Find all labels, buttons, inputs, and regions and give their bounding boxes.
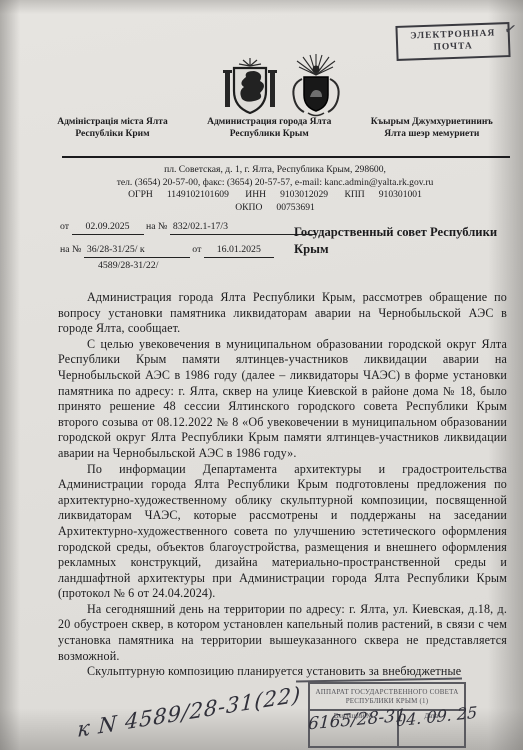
scanned-letter-page: ЭЛЕКТРОННАЯ ПОЧТА ✓ А (0, 0, 523, 750)
recipient: Государственный совет Республики Крым (294, 224, 512, 258)
org-ru-line1: Администрация города Ялта (189, 116, 350, 128)
reg-title-line2: РЕСПУБЛИКИ КРЫМ (1) (310, 697, 464, 706)
okpo-value: 00753691 (276, 202, 314, 213)
outgoing-date: 02.09.2025 (72, 221, 144, 235)
registration-stamp-title: АППАРАТ ГОСУДАРСТВЕННОГО СОВЕТА РЕСПУБЛИ… (310, 684, 464, 706)
okpo-line: ОКПО00753691 (36, 202, 514, 215)
org-name-ukrainian: Адміністрація міста Ялта Республіки Крим (36, 116, 189, 140)
incoming-number: 36/28-31/25/ к (84, 244, 190, 258)
letterhead-org-names: Адміністрація міста Ялта Республіки Крим… (36, 116, 514, 140)
inn-label: ИНН (245, 189, 266, 200)
org-name-russian: Администрация города Ялта Республики Кры… (189, 116, 350, 140)
incoming-number-2: 4589/28-31/22/ (98, 260, 300, 272)
body-paragraph-3: По информации Департамента архитектуры и… (58, 462, 507, 602)
incoming-reference: на № 36/28-31/25/ к от 16.01.2025 (60, 244, 300, 258)
org-ru-line2: Республики Крым (189, 128, 350, 140)
crimea-emblem-icon (222, 57, 278, 115)
body-paragraph-2: С целью увековечения в муниципальном обр… (58, 337, 507, 462)
electronic-mail-stamp: ЭЛЕКТРОННАЯ ПОЧТА (395, 22, 510, 61)
handwritten-case-number: к N 4589/28-31(22) (77, 682, 302, 742)
org-name-crimean-tatar: Къырым Джумхуриетининъ Ялта шеэр мемурие… (350, 116, 514, 140)
reply-from-label: от (192, 244, 201, 255)
address-line2: тел. (3654) 20-57-00, факс: (3654) 20-57… (36, 177, 514, 190)
org-uk-line2: Республіки Крим (36, 128, 189, 140)
incoming-date: 16.01.2025 (204, 244, 274, 258)
yalta-emblem-icon (286, 53, 346, 117)
ogrn-label: ОГРН (128, 189, 153, 200)
outgoing-reference: от 02.09.2025 на № 832/02.1-17/3 (60, 221, 300, 235)
okpo-label: ОКПО (235, 202, 262, 213)
from-label: от (60, 221, 69, 232)
letterhead-divider (62, 156, 510, 158)
reference-block: от 02.09.2025 на № 832/02.1-17/3 на № 36… (60, 221, 300, 272)
reg-title-line1: АППАРАТ ГОСУДАРСТВЕННОГО СОВЕТА (310, 688, 464, 697)
inn-value: 9103012029 (280, 189, 328, 200)
kpp-value: 910301001 (379, 189, 422, 200)
org-uk-line1: Адміністрація міста Ялта (36, 116, 189, 128)
body-paragraph-1: Администрация города Ялта Республики Кры… (58, 290, 507, 337)
body-paragraph-4: На сегодняшний день на территории по адр… (58, 602, 507, 664)
org-crh-line2: Ялта шеэр мемуриети (350, 128, 514, 140)
checkmark-icon: ✓ (502, 19, 518, 40)
org-crh-line1: Къырым Джумхуриетининъ (350, 116, 514, 128)
letterhead-address-block: пл. Советская, д. 1, г. Ялта, Республика… (36, 164, 514, 214)
ogrn-value: 1149102101609 (167, 189, 229, 200)
kpp-label: КПП (344, 189, 364, 200)
letter-body: Администрация города Ялта Республики Кры… (58, 290, 507, 680)
out-number-label: на № (146, 221, 167, 232)
reply-label: на № (60, 244, 81, 255)
address-line1: пл. Советская, д. 1, г. Ялта, Республика… (36, 164, 514, 177)
requisites-line: ОГРН1149102101609 ИНН9103012029 КПП91030… (36, 189, 514, 202)
